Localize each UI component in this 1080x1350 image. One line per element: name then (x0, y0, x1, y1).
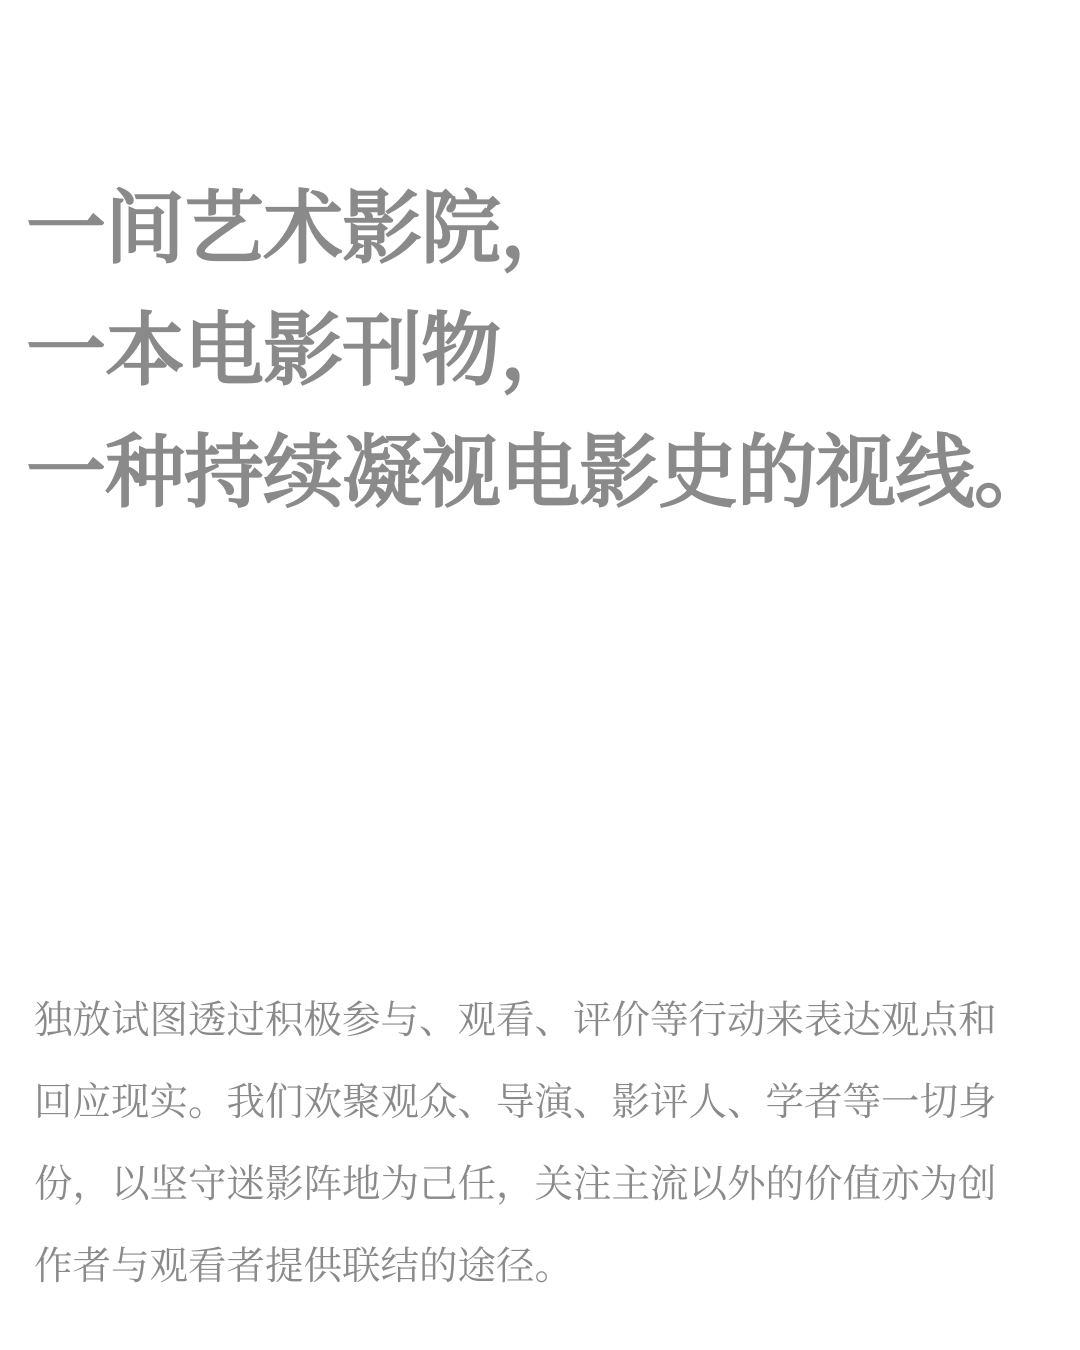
description-paragraph: 独放试图透过积极参与、观看、评价等行动来表达观点和 回应现实。我们欢聚观众、导演… (34, 980, 1054, 1308)
headline-line-3: 一种持续凝视电影史的视线。 (26, 412, 1053, 534)
description-line-3: 份，以坚守迷影阵地为己任，关注主流以外的价值亦为创 (34, 1144, 1054, 1226)
description-line-2: 回应现实。我们欢聚观众、导演、影评人、学者等一切身 (34, 1062, 1054, 1144)
headline-line-1: 一间艺术影院， (26, 168, 1053, 290)
description-line-4: 作者与观看者提供联结的途径。 (34, 1226, 1054, 1308)
description-line-1: 独放试图透过积极参与、观看、评价等行动来表达观点和 (34, 980, 1054, 1062)
headline: 一间艺术影院， 一本电影刊物， 一种持续凝视电影史的视线。 (26, 168, 1053, 534)
headline-line-2: 一本电影刊物， (26, 290, 1053, 412)
